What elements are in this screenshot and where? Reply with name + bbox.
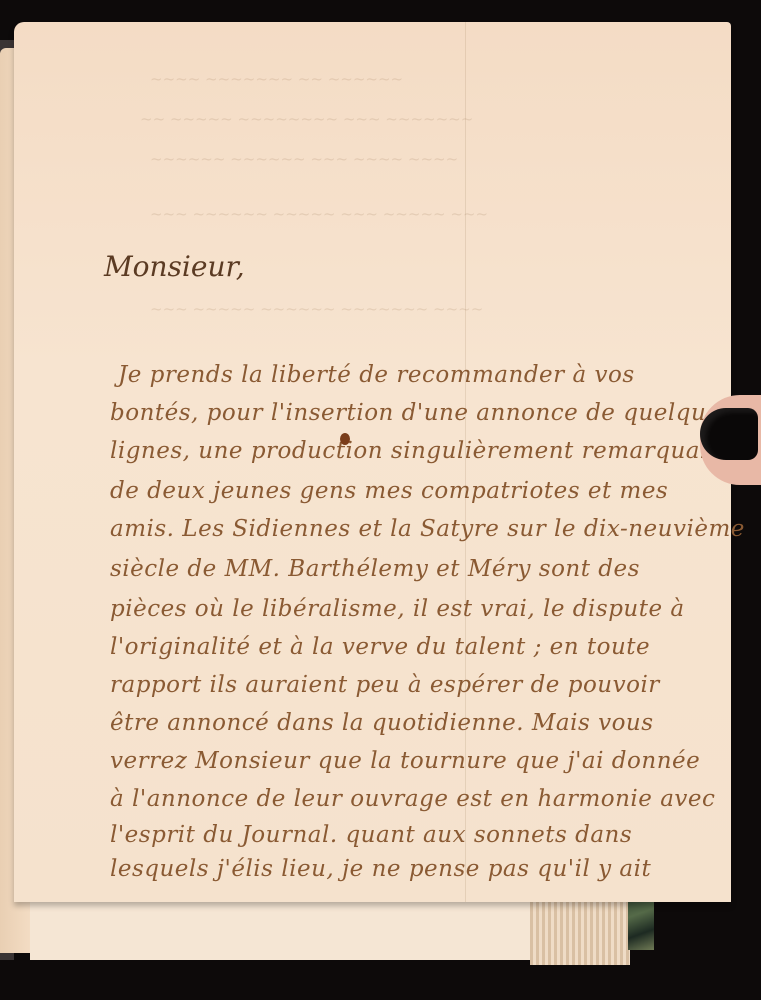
black-painted-nail bbox=[700, 408, 758, 460]
letter-line: de deux jeunes gens mes compatriotes et … bbox=[110, 478, 668, 504]
letter-line: lignes, une production singulièrement re… bbox=[110, 438, 737, 464]
letter-line: amis. Les Sidiennes et la Satyre sur le … bbox=[110, 516, 745, 542]
letter-line: l'esprit du Journal. quant aux sonnets d… bbox=[110, 822, 632, 848]
letter-line: l'originalité et à la verve du talent ; … bbox=[110, 634, 650, 660]
bleed-through-text: ~~~~~~ ~~~~~~ ~~~ ~~~~ ~~~~ bbox=[150, 150, 458, 168]
letter-line: siècle de MM. Barthélemy et Méry sont de… bbox=[110, 556, 640, 582]
letter-line: Je prends la liberté de recommander à vo… bbox=[118, 362, 635, 388]
letter-line: pièces où le libéralisme, il est vrai, l… bbox=[110, 596, 685, 622]
bleed-through-text: ~~ ~~~~~ ~~~~~~~~ ~~~ ~~~~~~~ bbox=[140, 110, 473, 128]
letter-line: être annoncé dans la quotidienne. Mais v… bbox=[110, 710, 654, 736]
letter-line: verrez Monsieur que la tournure que j'ai… bbox=[110, 748, 700, 774]
bleed-through-text: ~~~~ ~~~~~~~ ~~ ~~~~~~ bbox=[150, 70, 403, 88]
letter-line: bontés, pour l'insertion d'une annonce d… bbox=[110, 400, 733, 426]
letter-salutation: Monsieur, bbox=[104, 250, 245, 283]
ink-stain bbox=[340, 433, 350, 445]
letter-line: lesquels j'élis lieu, je ne pense pas qu… bbox=[110, 856, 651, 882]
bleed-through-text: ~~~ ~~~~~~ ~~~~~ ~~~ ~~~~~ ~~~ bbox=[150, 205, 488, 223]
letter-line: à l'annonce de leur ouvrage est en harmo… bbox=[110, 786, 715, 812]
letter-line: rapport ils auraient peu à espérer de po… bbox=[110, 672, 660, 698]
bleed-through-text: ~~~ ~~~~~ ~~~~~~ ~~~~~~~ ~~~~ bbox=[150, 300, 483, 318]
